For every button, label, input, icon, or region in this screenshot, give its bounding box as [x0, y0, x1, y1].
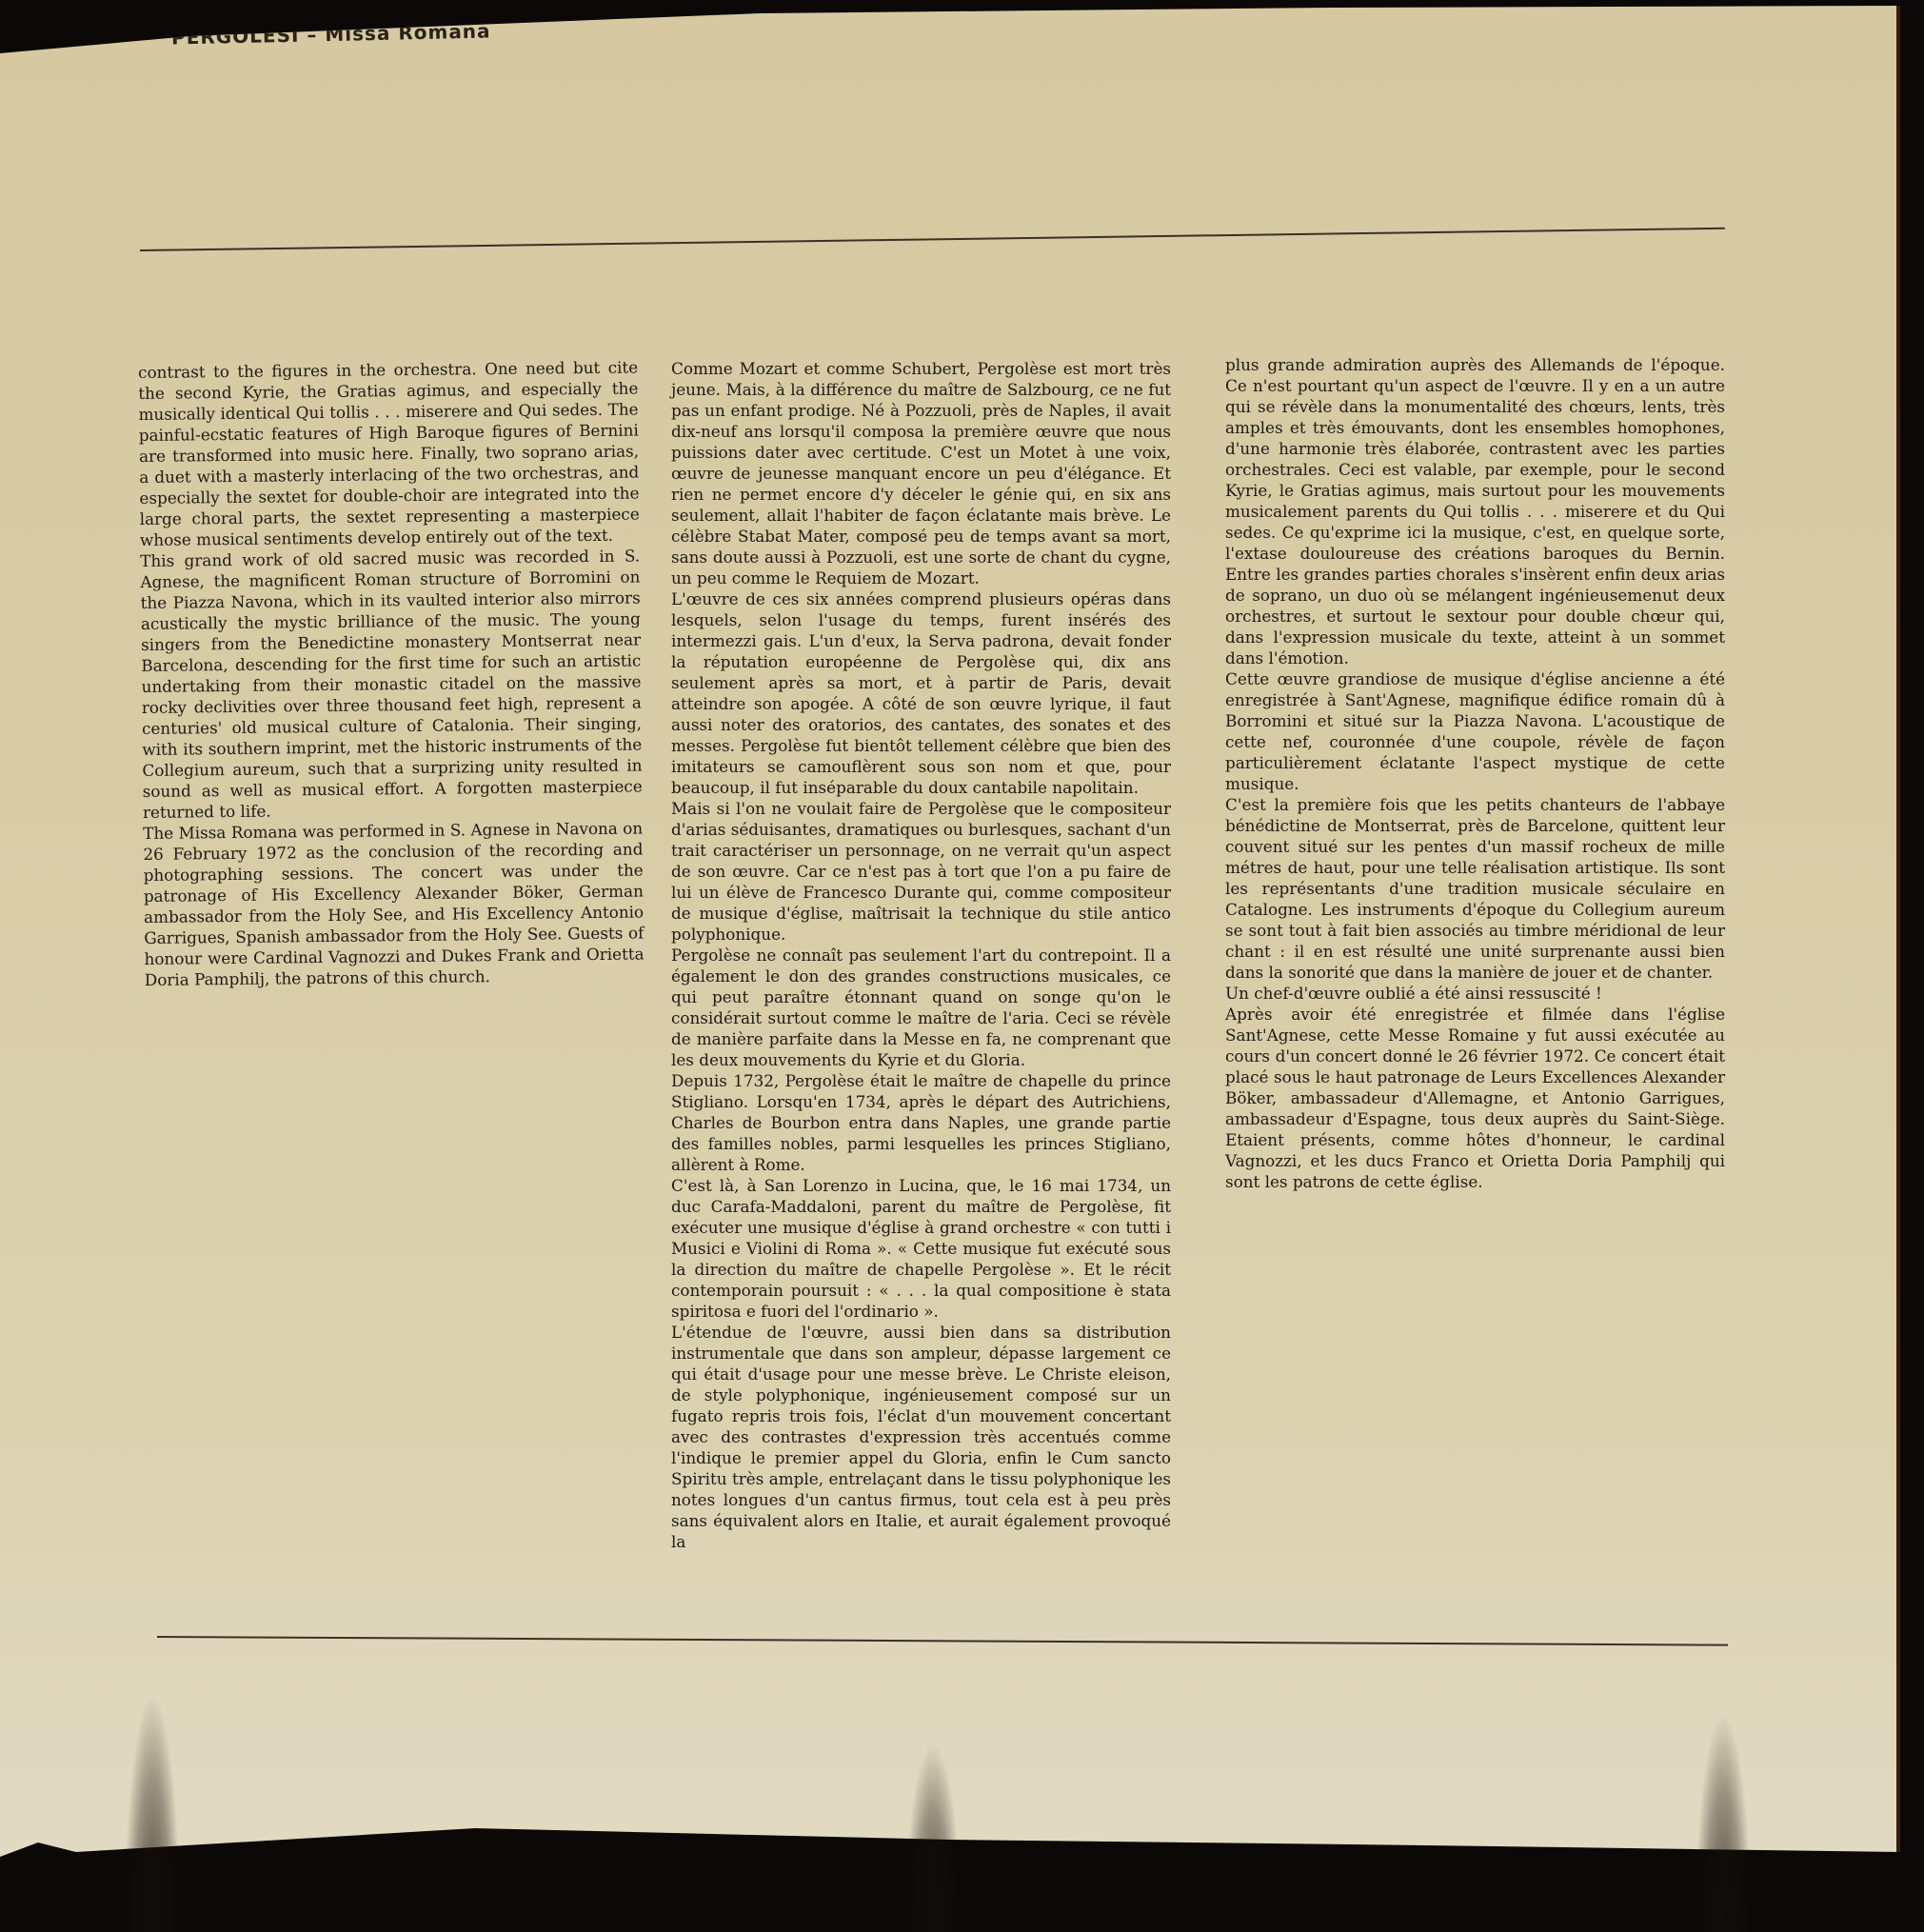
paragraph: Après avoir été enregistrée et filmée da… [1225, 1004, 1725, 1192]
bottom-divider-rule [157, 1636, 1728, 1646]
paragraph: This grand work of old sacred music was … [140, 545, 643, 822]
record-sleeve-page: PERGOLESI – Missa Romana contrast to the… [0, 0, 1900, 1895]
column-english: contrast to the figures in the orchestra… [138, 357, 645, 990]
paragraph: Depuis 1732, Pergolèse était le maître d… [671, 1070, 1171, 1175]
paragraph: Un chef-d'œuvre oublié a été ainsi ressu… [1225, 983, 1725, 1004]
paragraph: L'étendue de l'œuvre, aussi bien dans sa… [671, 1322, 1171, 1552]
paragraph: C'est là, à San Lorenzo in Lucina, que, … [671, 1175, 1171, 1322]
paragraph: contrast to the figures in the orchestra… [138, 357, 640, 550]
top-divider-rule [140, 228, 1725, 251]
column-french-2: plus grande admiration auprès des Allema… [1225, 354, 1725, 1192]
paragraph: Mais si l'on ne voulait faire de Pergolè… [671, 798, 1171, 945]
header-title-cut: PERGOLESI – Missa Romana [171, 19, 491, 49]
paragraph: C'est la première fois que les petits ch… [1225, 794, 1725, 983]
clip-shadow [124, 1694, 181, 1932]
column-french-1: Comme Mozart et comme Schubert, Pergolès… [671, 358, 1171, 1552]
paragraph: Pergolèse ne connaît pas seulement l'art… [671, 945, 1171, 1070]
clip-shadow [1695, 1713, 1752, 1932]
paragraph: The Missa Romana was performed in S. Agn… [143, 817, 645, 989]
paragraph: plus grande admiration auprès des Allema… [1225, 354, 1725, 668]
clip-shadow [904, 1742, 962, 1932]
paragraph: L'œuvre de ces six années comprend plusi… [671, 588, 1171, 798]
paragraph: Comme Mozart et comme Schubert, Pergolès… [671, 358, 1171, 588]
paragraph: Cette œuvre grandiose de musique d'églis… [1225, 668, 1725, 794]
